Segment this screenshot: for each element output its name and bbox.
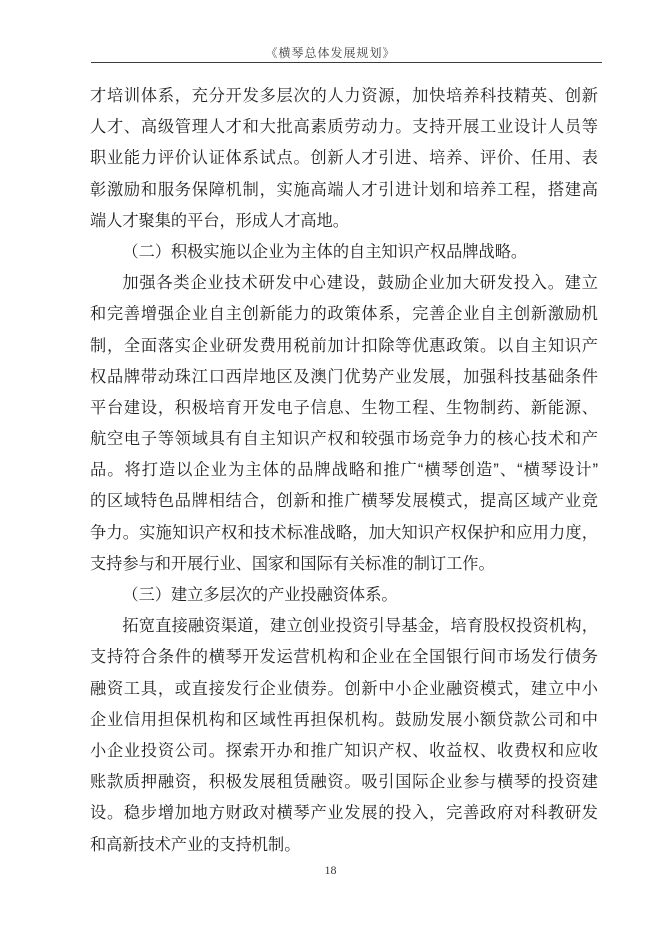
text-line: （二）积极实施以企业为主体的自主知识产权品牌战略。 [90,237,598,268]
paragraph: 才培训体系，充分开发多层次的人力资源，加快培养科技精英、创新人才、高级管理人才和… [90,81,598,237]
text-line: 品。将打造以企业为主体的品牌战略和推广“横琴创造”、“横琴设计” [90,455,598,486]
running-header-title: 《横琴总体发展规划》 [0,44,661,61]
text-line: 加强各类企业技术研发中心建设，鼓励企业加大研发投入。建立 [90,268,598,299]
text-line: 企业信用担保机构和区域性再担保机构。鼓励发展小额贷款公司和中 [90,705,598,736]
text-line: 权品牌带动珠江口西岸地区及澳门优势产业发展，加强科技基础条件 [90,362,598,393]
text-line: 设。稳步增加地方财政对横琴产业发展的投入，完善政府对科教研发 [90,798,598,829]
text-line: 制，全面落实企业研发费用税前加计扣除等优惠政策。以自主知识产 [90,331,598,362]
text-line: 支持参与和开展行业、国家和国际有关标准的制订工作。 [90,549,598,580]
document-page: 《横琴总体发展规划》 才培训体系，充分开发多层次的人力资源，加快培养科技精英、创… [0,0,661,935]
text-line: 和完善增强企业自主创新能力的政策体系，完善企业自主创新激励机 [90,299,598,330]
text-line: 人才、高级管理人才和大批高素质劳动力。支持开展工业设计人员等 [90,112,598,143]
text-line: （三）建立多层次的产业投融资体系。 [90,580,598,611]
text-line: 争力。实施知识产权和技术标准战略，加大知识产权保护和应用力度， [90,518,598,549]
text-line: 拓宽直接融资渠道，建立创业投资引导基金，培育股权投资机构， [90,611,598,642]
text-line: 才培训体系，充分开发多层次的人力资源，加快培养科技精英、创新 [90,81,598,112]
text-line: 端人才聚集的平台，形成人才高地。 [90,206,598,237]
text-line: 航空电子等领域具有自主知识产权和较强市场竞争力的核心技术和产 [90,424,598,455]
text-line: 彰激励和服务保障机制，实施高端人才引进计划和培养工程，搭建高 [90,175,598,206]
document-body: 才培训体系，充分开发多层次的人力资源，加快培养科技精英、创新人才、高级管理人才和… [90,81,598,861]
text-line: 职业能力评价认证体系试点。创新人才引进、培养、评价、任用、表 [90,143,598,174]
section-heading: （二）积极实施以企业为主体的自主知识产权品牌战略。 [90,237,598,268]
section-heading: （三）建立多层次的产业投融资体系。 [90,580,598,611]
page-number: 18 [0,863,661,878]
header-divider-rule [91,62,602,63]
text-line: 小企业投资公司。探索开办和推广知识产权、收益权、收费权和应收 [90,736,598,767]
paragraph: 拓宽直接融资渠道，建立创业投资引导基金，培育股权投资机构，支持符合条件的横琴开发… [90,611,598,861]
text-line: 的区域特色品牌相结合，创新和推广横琴发展模式，提高区域产业竞 [90,486,598,517]
text-line: 支持符合条件的横琴开发运营机构和企业在全国银行间市场发行债务 [90,642,598,673]
paragraph: 加强各类企业技术研发中心建设，鼓励企业加大研发投入。建立和完善增强企业自主创新能… [90,268,598,580]
text-line: 和高新技术产业的支持机制。 [90,830,598,861]
text-line: 融资工具，或直接发行企业债券。创新中小企业融资模式，建立中小 [90,674,598,705]
text-line: 平台建设，积极培育开发电子信息、生物工程、生物制药、新能源、 [90,393,598,424]
text-line: 账款质押融资，积极发展租赁融资。吸引国际企业参与横琴的投资建 [90,767,598,798]
